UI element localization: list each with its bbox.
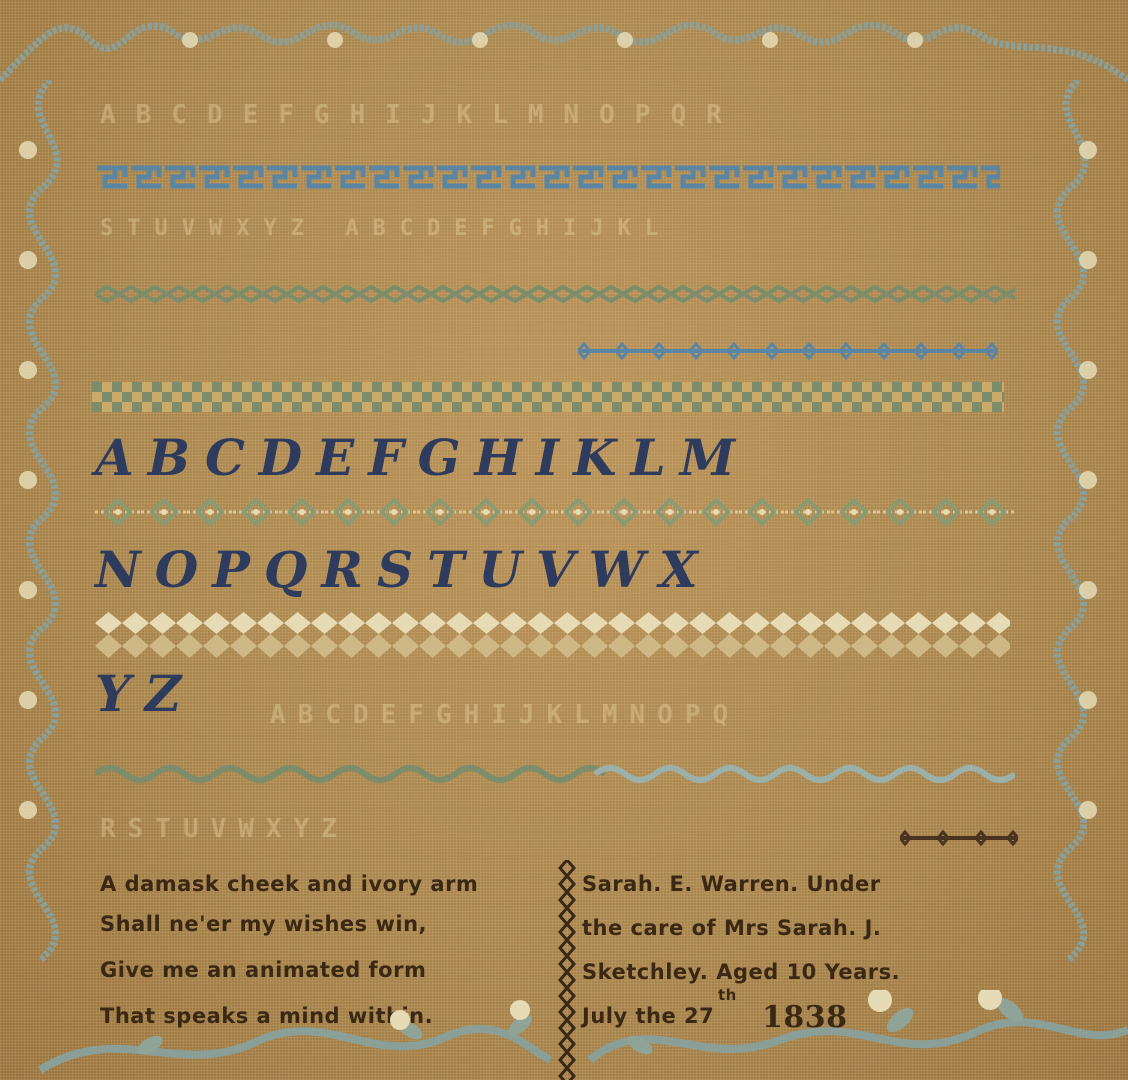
faded-alphabet-row: STUVWXYZ ABCDEFGHIJKL [100, 216, 672, 241]
diamond-chain-band-icon [578, 340, 998, 362]
faded-alphabet-row: ABCDEFGHIJKLMNOPQR [100, 100, 742, 130]
light-blue-letters-overlay [680, 540, 920, 610]
inscription-line: Sketchley. Aged 10 Years. [582, 960, 900, 984]
green-chain-band-icon [95, 284, 1015, 304]
left-vine-border-icon [0, 80, 100, 980]
brown-chain-band-icon [900, 828, 1018, 848]
script-alphabet-row: ABCDEFGHIKLM [95, 428, 749, 487]
wave-band-icon [95, 762, 1015, 786]
verse-line: Give me an animated form [100, 958, 426, 982]
inscription-line: the care of Mrs Sarah. J. [582, 916, 881, 940]
right-vine-border-icon [1028, 80, 1128, 980]
sampler-photo: ABCDEFGHIJKLMNOPQR STUVWXYZ ABCDEFGHIJKL [0, 0, 1128, 1080]
flower-lattice-band-icon [95, 497, 1015, 527]
floral-vine-bottom-icon [0, 990, 1128, 1080]
verse-line: A damask cheek and ivory arm [100, 872, 478, 896]
strawberry-vine-border-icon [0, 0, 1128, 95]
faded-alphabet-row: RSTUVWXYZ [100, 814, 349, 844]
greek-key-band-icon [95, 164, 1000, 190]
verse-line: Shall ne'er my wishes win, [100, 912, 427, 936]
inscription-line: Sarah. E. Warren. Under [582, 872, 881, 896]
script-alphabet-row: NOPQRSTUVWX [95, 540, 712, 599]
checkerboard-band-icon [92, 382, 1004, 412]
faded-alphabet-row: ABCDEFGHIJKLMNOPQ [270, 700, 740, 730]
ivory-diamond-band-icon [95, 612, 1010, 658]
script-alphabet-row: YZ [95, 664, 195, 723]
